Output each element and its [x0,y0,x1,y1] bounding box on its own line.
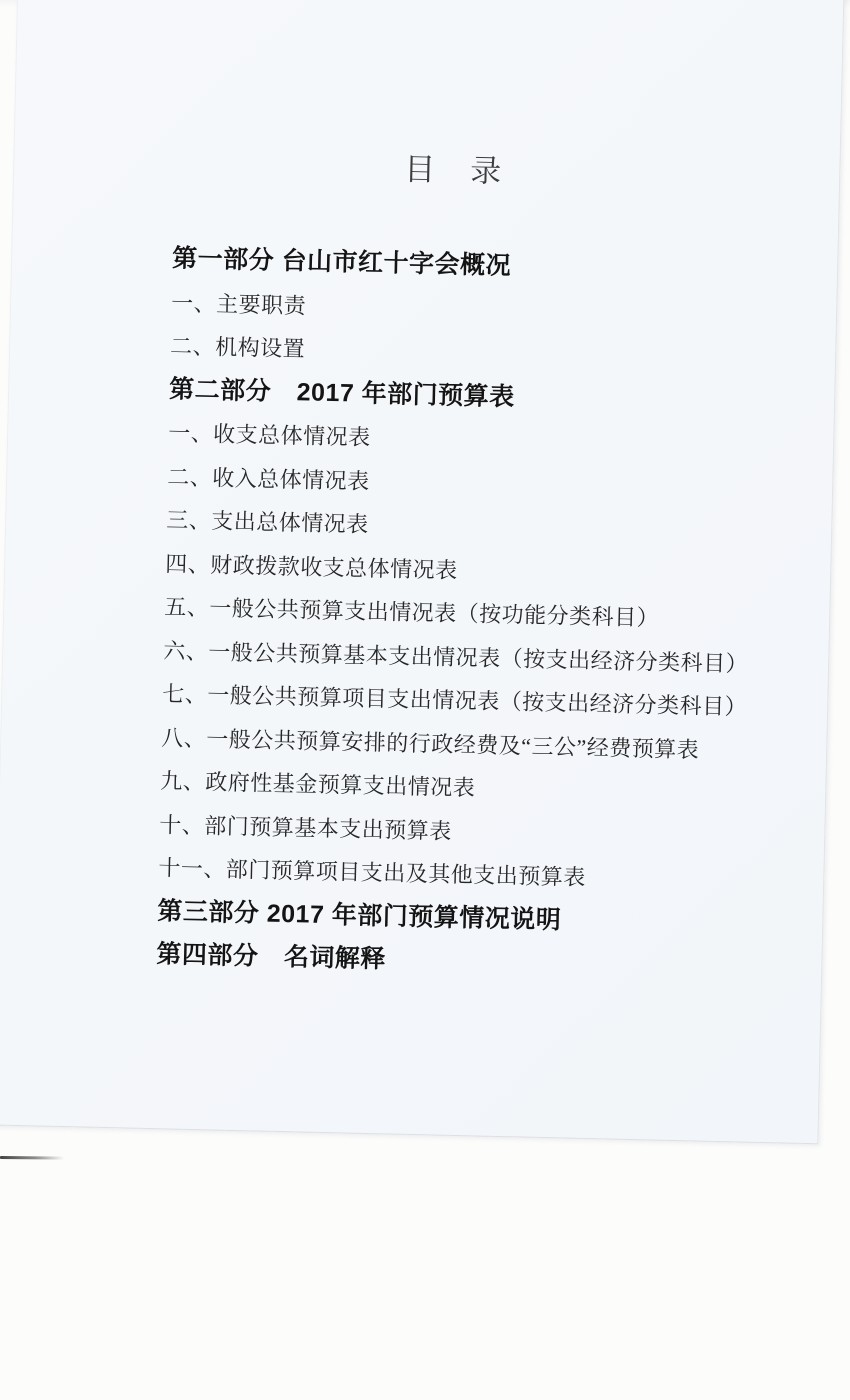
scan-artifact-line [0,1156,64,1160]
document-title: 目 录 [404,151,840,199]
scan-background: 目 录 第一部分 台山市红十字会概况 一、主要职责 二、机构设置 第二部分 20… [0,0,850,1400]
document-page: 目 录 第一部分 台山市红十字会概况 一、主要职责 二、机构设置 第二部分 20… [0,0,846,1144]
table-of-contents: 第一部分 台山市红十字会概况 一、主要职责 二、机构设置 第二部分 2017 年… [0,234,838,992]
